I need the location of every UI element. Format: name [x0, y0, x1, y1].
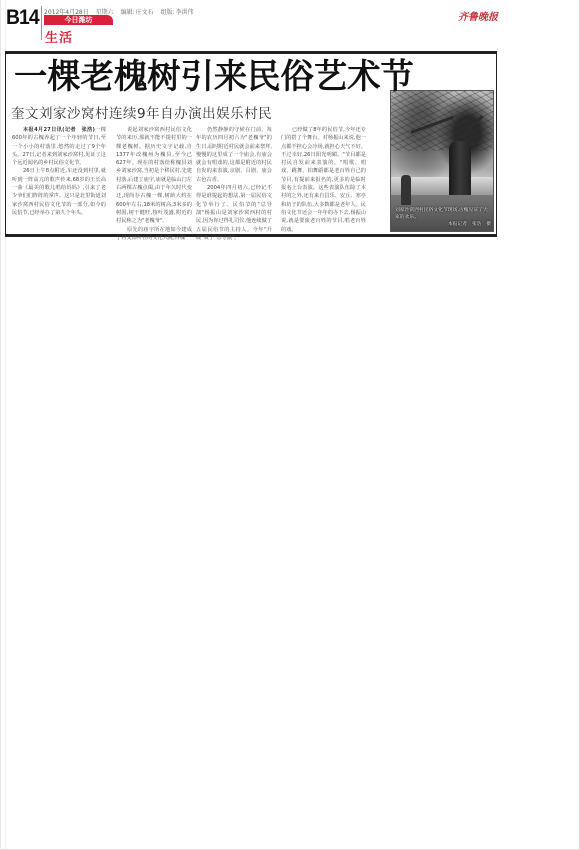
- header-divider: [41, 6, 42, 40]
- article-column-1: 本报4月27日讯(记者 张浩)一棵600年的古槐养起了一个年轻的节日,至一个小小…: [12, 126, 106, 217]
- byline: 本报4月27日讯(记者 张浩): [23, 127, 95, 133]
- paragraph: 26日上午8点附近,车还没到村里,就听到一阵高亢的歌声传来,68岁的王长高一曲《…: [12, 167, 106, 217]
- designer-label: 组版:: [161, 9, 175, 16]
- editor-name: 庄文石: [136, 9, 154, 16]
- paragraph: 2004年四月初六,已经记不得是谁提起的想法,第一届民俗文化节举行了。民俗节的"…: [196, 184, 272, 242]
- photo-person: [401, 175, 411, 205]
- paragraph: 本报4月27日讯(记者 张浩)一棵600年的古槐养起了一个年轻的节日,至一个小小…: [12, 126, 106, 167]
- article-subhead: 奎文刘家沙窝村连续9年自办演出娱乐村民: [11, 102, 272, 122]
- page-number: B14: [6, 6, 39, 30]
- paragraph-text: 26日上午8点附近,车还没到村里,就听到一阵高亢的歌声传来,68岁的王长高一曲《…: [12, 168, 106, 215]
- editor-credit: 编辑:庄文石: [121, 9, 154, 16]
- article-photo-old-locust-tree[interactable]: 刘家沙窝西村民俗文化节现场,古槐见证了大家的欢乐。 本报记者 张浩 摄: [390, 90, 494, 232]
- photo-caption: 刘家沙窝西村民俗文化节现场,古槐见证了大家的欢乐。 本报记者 张浩 摄: [395, 207, 491, 228]
- editor-label: 编辑:: [121, 9, 135, 16]
- paragraph-text: 2004年四月初六,已经记不得是谁提起的想法,第一届民俗文化节举行了。民俗节的"…: [196, 185, 272, 241]
- article-column-3: 仍然静静的守候在门前。每年的农历四月初六为"老槐爷"的生日,届时附近村民就会前来…: [196, 126, 272, 242]
- paragraph-text: 原先的庙宇所在地如今建成了村支部所在的文化大院,古槐: [116, 227, 192, 241]
- paragraph-text: 说起刘家沙窝西村民俗文化节的来历,那就不能不提村里的一棵老槐树。据历史文字记载,…: [116, 127, 192, 224]
- article-column-2: 说起刘家沙窝西村民俗文化节的来历,那就不能不提村里的一棵老槐树。据历史文字记载,…: [116, 126, 192, 242]
- photo-credit: 本报记者 张浩 摄: [395, 221, 491, 228]
- article-headline: 一棵老槐树引来民俗艺术节: [14, 57, 414, 97]
- article-column-4: 已经做了8年的民俗节,今年还专门的搭了个舞台。对杨振山来说,他一点都不担心会冷场…: [281, 126, 366, 234]
- section-title: 生活: [45, 27, 73, 46]
- paragraph: 仍然静静的守候在门前。每年的农历四月初六为"老槐爷"的生日,届时附近村民就会前来…: [196, 126, 272, 184]
- paragraph: 原先的庙宇所在地如今建成了村支部所在的文化大院,古槐: [116, 226, 192, 243]
- designer-credit: 组版:李洪伟: [161, 9, 194, 16]
- section-tag: 今日潍坊: [44, 15, 113, 25]
- designer-name: 李洪伟: [176, 9, 194, 16]
- paragraph: 说起刘家沙窝西村民俗文化节的来历,那就不能不提村里的一棵老槐树。据历史文字记载,…: [116, 126, 192, 226]
- paragraph-text: 已经做了8年的民俗节,今年还专门的搭了个舞台。对杨振山来说,他一点都不担心会冷场…: [281, 127, 366, 233]
- article-box[interactable]: 一棵老槐树引来民俗艺术节 奎文刘家沙窝村连续9年自办演出娱乐村民 本报4月27日…: [5, 51, 497, 237]
- paragraph-text: 仍然静静的守候在门前。每年的农历四月初六为"老槐爷"的生日,届时附近村民就会前来…: [196, 127, 272, 183]
- paragraph: 已经做了8年的民俗节,今年还专门的搭了个舞台。对杨振山来说,他一点都不担心会冷场…: [281, 126, 366, 234]
- newspaper-logo: 齐鲁晚报: [458, 8, 498, 23]
- caption-text: 刘家沙窝西村民俗文化节现场,古槐见证了大家的欢乐。: [395, 208, 488, 220]
